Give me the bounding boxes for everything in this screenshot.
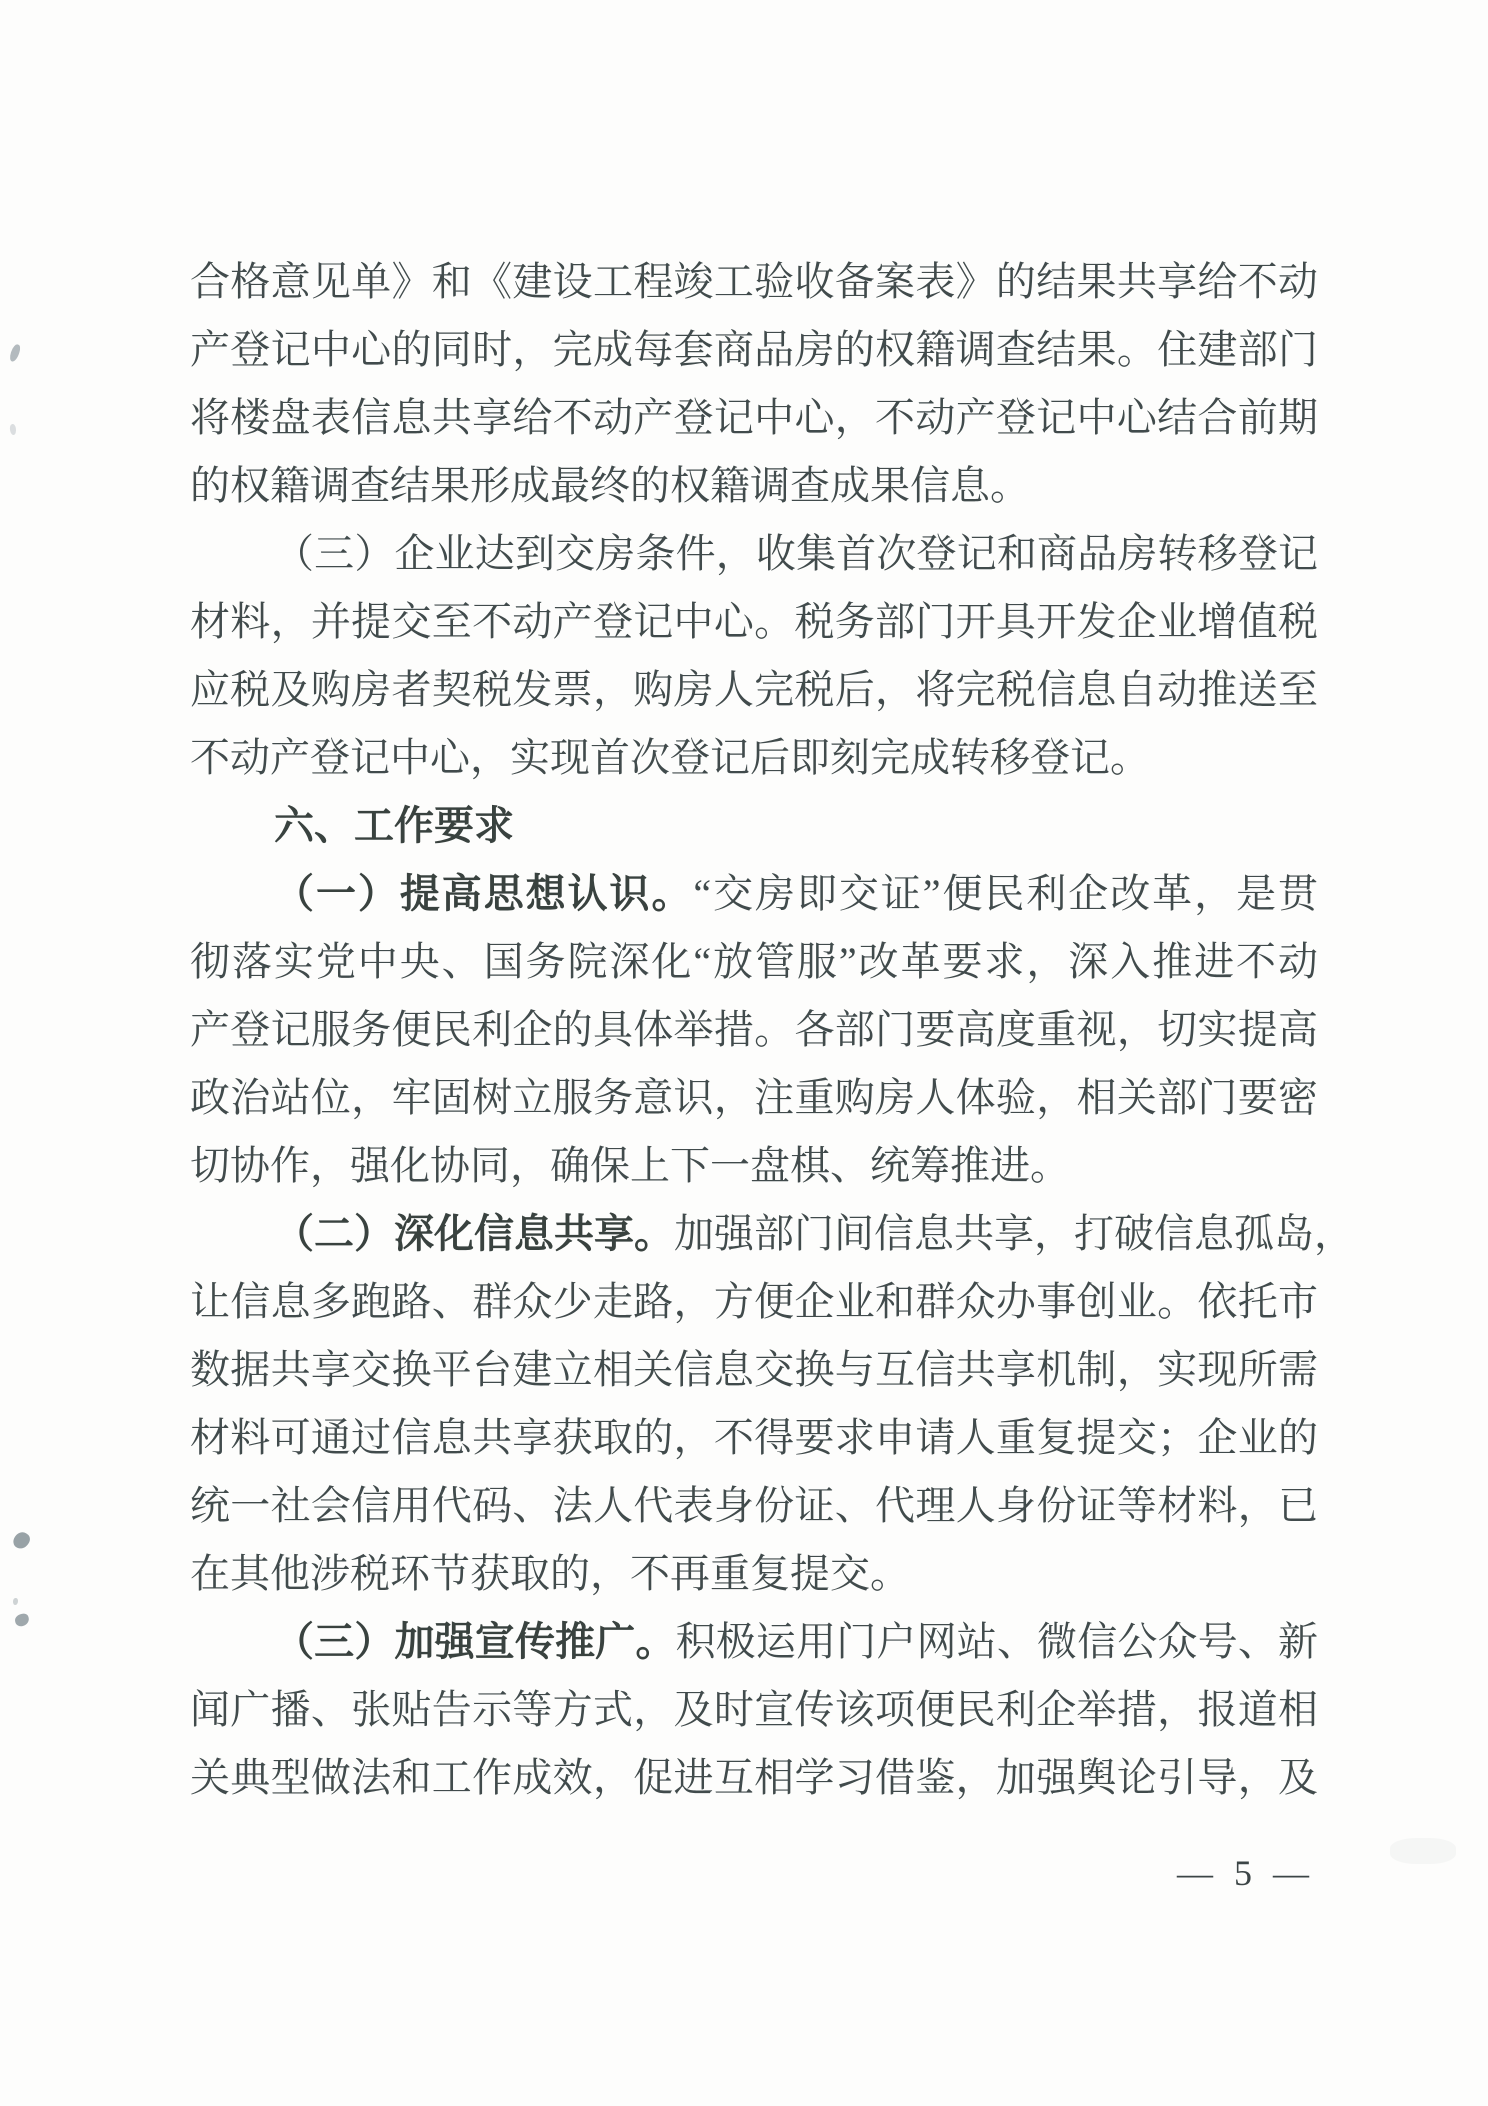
bold-text-run: （一）提高思想认识。 (274, 872, 693, 916)
text-run: 将楼盘表信息共享给不动产登记中心，不动产登记中心结合前期 (190, 395, 1318, 440)
text-line: 统一社会信用代码、法人代表身份证、代理人身份证等材料，已 (190, 1472, 1318, 1540)
text-run: 闻广播、张贴告示等方式，及时宣传该项便民利企举措，报道相 (190, 1687, 1318, 1732)
bold-text-run: 六、工作要求 (274, 804, 514, 848)
text-run: 合格意见单》和《建设工程竣工验收备案表》的结果共享给不动 (190, 259, 1318, 304)
text-line: 材料，并提交至不动产登记中心。税务部门开具开发企业增值税 (190, 588, 1318, 656)
bold-text-run: （二）深化信息共享。 (274, 1212, 674, 1256)
section-heading: 六、工作要求 (190, 792, 1318, 860)
text-line: 不动产登记中心，实现首次登记后即刻完成转移登记。 (190, 724, 1318, 792)
text-run: 不动产登记中心，实现首次登记后即刻完成转移登记。 (190, 735, 1150, 780)
scan-artifact (13, 1598, 18, 1605)
text-line: 彻落实党中央、国务院深化“放管服”改革要求，深入推进不动 (190, 928, 1318, 996)
text-line: 产登记服务便民利企的具体举措。各部门要高度重视，切实提高 (190, 996, 1318, 1064)
text-line: 数据共享交换平台建立相关信息交换与互信共享机制，实现所需 (190, 1336, 1318, 1404)
text-run: 让信息多跑路、群众少走路，方便企业和群众办事创业。依托市 (190, 1279, 1318, 1324)
scan-artifact (1390, 1838, 1456, 1864)
text-run: 政治站位，牢固树立服务意识，注重购房人体验，相关部门要密 (190, 1075, 1318, 1120)
text-line: 应税及购房者契税发票，购房人完税后，将完税信息自动推送至 (190, 656, 1318, 724)
text-line: （一）提高思想认识。“交房即交证”便民利企改革，是贯 (190, 860, 1318, 928)
text-line: 材料可通过信息共享获取的，不得要求申请人重复提交；企业的 (190, 1404, 1318, 1472)
text-run: 应税及购房者契税发票，购房人完税后，将完税信息自动推送至 (190, 667, 1318, 712)
text-line: 产登记中心的同时，完成每套商品房的权籍调查结果。住建部门 (190, 316, 1318, 384)
text-run: 产登记中心的同时，完成每套商品房的权籍调查结果。住建部门 (190, 327, 1318, 372)
scan-artifact (8, 343, 21, 363)
page-number: — 5 — (1177, 1852, 1311, 1894)
text-line: 合格意见单》和《建设工程竣工验收备案表》的结果共享给不动 (190, 248, 1318, 316)
text-run: 加强部门间信息共享，打破信息孤岛， (674, 1211, 1354, 1256)
text-run: 在其他涉税环节获取的，不再重复提交。 (190, 1551, 910, 1596)
scan-artifact (11, 1529, 33, 1551)
text-line: 让信息多跑路、群众少走路，方便企业和群众办事创业。依托市 (190, 1268, 1318, 1336)
text-line: （三）加强宣传推广。积极运用门户网站、微信公众号、新 (190, 1608, 1318, 1676)
text-line: 切协作，强化协同，确保上下一盘棋、统筹推进。 (190, 1132, 1318, 1200)
text-line: 在其他涉税环节获取的，不再重复提交。 (190, 1540, 1318, 1608)
text-run: （三）企业达到交房条件，收集首次登记和商品房转移登记 (274, 531, 1318, 576)
text-run: 统一社会信用代码、法人代表身份证、代理人身份证等材料，已 (190, 1483, 1318, 1528)
text-run: 切协作，强化协同，确保上下一盘棋、统筹推进。 (190, 1143, 1070, 1188)
text-line: （二）深化信息共享。加强部门间信息共享，打破信息孤岛， (190, 1200, 1318, 1268)
text-run: 关典型做法和工作成效，促进互相学习借鉴，加强舆论引导，及 (190, 1755, 1318, 1800)
text-line: 闻广播、张贴告示等方式，及时宣传该项便民利企举措，报道相 (190, 1676, 1318, 1744)
text-line: 政治站位，牢固树立服务意识，注重购房人体验，相关部门要密 (190, 1064, 1318, 1132)
text-run: 产登记服务便民利企的具体举措。各部门要高度重视，切实提高 (190, 1007, 1318, 1052)
scan-artifact (9, 424, 17, 436)
text-run: 的权籍调查结果形成最终的权籍调查成果信息。 (190, 463, 1030, 508)
document-text-block: 合格意见单》和《建设工程竣工验收备案表》的结果共享给不动产登记中心的同时，完成每… (190, 248, 1318, 1812)
text-line: 关典型做法和工作成效，促进互相学习借鉴，加强舆论引导，及 (190, 1744, 1318, 1812)
text-run: 数据共享交换平台建立相关信息交换与互信共享机制，实现所需 (190, 1347, 1318, 1392)
text-line: （三）企业达到交房条件，收集首次登记和商品房转移登记 (190, 520, 1318, 588)
text-run: “交房即交证”便民利企改革，是贯 (693, 871, 1318, 916)
text-line: 的权籍调查结果形成最终的权籍调查成果信息。 (190, 452, 1318, 520)
scan-artifact (14, 1612, 31, 1627)
text-run: 材料可通过信息共享获取的，不得要求申请人重复提交；企业的 (190, 1415, 1318, 1460)
text-run: 彻落实党中央、国务院深化“放管服”改革要求，深入推进不动 (190, 939, 1318, 984)
text-run: 材料，并提交至不动产登记中心。税务部门开具开发企业增值税 (190, 599, 1318, 644)
text-line: 将楼盘表信息共享给不动产登记中心，不动产登记中心结合前期 (190, 384, 1318, 452)
text-run: 积极运用门户网站、微信公众号、新 (676, 1619, 1318, 1664)
scanned-document-page: 合格意见单》和《建设工程竣工验收备案表》的结果共享给不动产登记中心的同时，完成每… (0, 0, 1488, 2106)
bold-text-run: （三）加强宣传推广。 (274, 1620, 676, 1664)
